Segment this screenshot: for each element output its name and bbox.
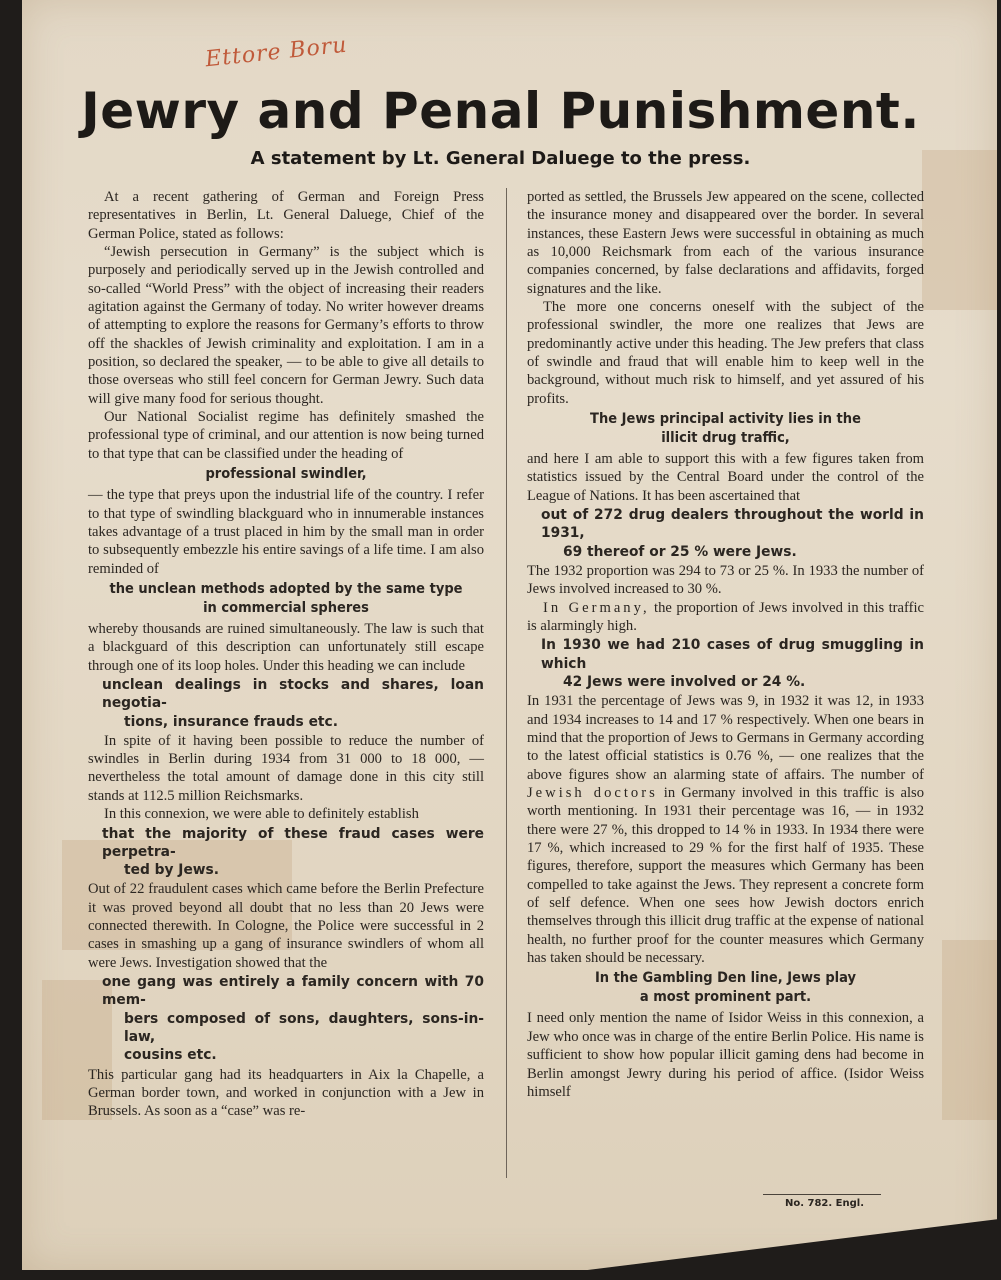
paragraph: Out of 22 fraudulent cases which came be… — [88, 880, 484, 972]
paragraph: ported as settled, the Brussels Jew appe… — [527, 188, 924, 298]
bold-line: ted by Jews. — [102, 861, 484, 879]
paragraph: In Germany, the proportion of Jews invol… — [527, 599, 924, 636]
bold-statement: unclean dealings in stocks and shares, l… — [88, 676, 484, 731]
bold-statement: one gang was entirely a family concern w… — [88, 973, 484, 1064]
bold-line: 42 Jews were involved or 24 %. — [541, 673, 924, 691]
bold-line: tions, insurance frauds etc. — [102, 713, 484, 731]
subheading: the unclean methods adopted by the same … — [108, 580, 464, 618]
paragraph: and here I am able to support this with … — [527, 450, 924, 505]
paper-stain — [922, 150, 997, 310]
paper-stain — [942, 940, 997, 1120]
bold-line: that the majority of these fraud cases w… — [102, 826, 484, 860]
paragraph: The more one concerns oneself with the s… — [527, 298, 924, 408]
bold-line: cousins etc. — [102, 1046, 484, 1064]
bold-statement: that the majority of these fraud cases w… — [88, 825, 484, 880]
subheading-line: The Jews principal activity lies in the — [547, 410, 904, 429]
subheading-line: the unclean methods adopted by the same … — [108, 580, 464, 599]
document-subtitle: A statement by Lt. General Daluege to th… — [0, 148, 1001, 169]
bold-line: one gang was entirely a family concern w… — [102, 974, 484, 1008]
bold-statement: out of 272 drug dealers throughout the w… — [527, 506, 924, 561]
paragraph: This particular gang had its headquarter… — [88, 1066, 484, 1121]
document-number: No. 782. Engl. — [785, 1198, 864, 1209]
right-column: ported as settled, the Brussels Jew appe… — [527, 188, 924, 1101]
paragraph: — the type that preys upon the industria… — [88, 486, 484, 578]
paragraph: I need only mention the name of Isidor W… — [527, 1009, 924, 1101]
paragraph: The 1932 proportion was 294 to 73 or 25 … — [527, 562, 924, 599]
subheading-line: illicit drug traffic, — [547, 429, 904, 448]
paragraph-text: In 1931 the percentage of Jews was 9, in… — [527, 693, 924, 782]
subheading: The Jews principal activity lies in the … — [547, 410, 904, 448]
bold-line: out of 272 drug dealers throughout the w… — [541, 507, 924, 541]
footer-rule — [763, 1194, 881, 1195]
paragraph: In 1931 the percentage of Jews was 9, in… — [527, 692, 924, 967]
paragraph: In spite of it having been possible to r… — [88, 732, 484, 805]
left-column: At a recent gathering of German and Fore… — [88, 188, 484, 1121]
subheading-line: In the Gambling Den line, Jews play — [547, 969, 904, 988]
bold-statement: In 1930 we had 210 cases of drug smuggli… — [527, 636, 924, 691]
bold-line: In 1930 we had 210 cases of drug smuggli… — [541, 637, 924, 671]
paragraph-text: in Germany involved in this traffic is a… — [527, 785, 924, 966]
subheading-line: in commercial spheres — [108, 599, 464, 618]
paragraph: In this connexion, we were able to defin… — [88, 805, 484, 823]
paragraph: Our National Socialist regime has defini… — [88, 408, 484, 463]
subheading: professional swindler, — [108, 465, 464, 484]
spaced-text: In Germany, — [543, 600, 650, 616]
paragraph: whereby thousands are ruined simultaneou… — [88, 620, 484, 675]
column-divider — [506, 188, 507, 1178]
bold-line: bers composed of sons, daughters, sons-i… — [102, 1010, 484, 1047]
bold-line: 69 thereof or 25 % were Jews. — [541, 543, 924, 561]
subheading-line: a most prominent part. — [547, 988, 904, 1007]
paragraph: “Jewish persecution in Germany” is the s… — [88, 243, 484, 408]
bold-line: unclean dealings in stocks and shares, l… — [102, 677, 484, 711]
spaced-text: Jewish doctors — [527, 785, 658, 801]
document-title: Jewry and Penal Punishment. — [0, 82, 1001, 140]
paragraph: At a recent gathering of German and Fore… — [88, 188, 484, 243]
subheading: In the Gambling Den line, Jews play a mo… — [547, 969, 904, 1007]
